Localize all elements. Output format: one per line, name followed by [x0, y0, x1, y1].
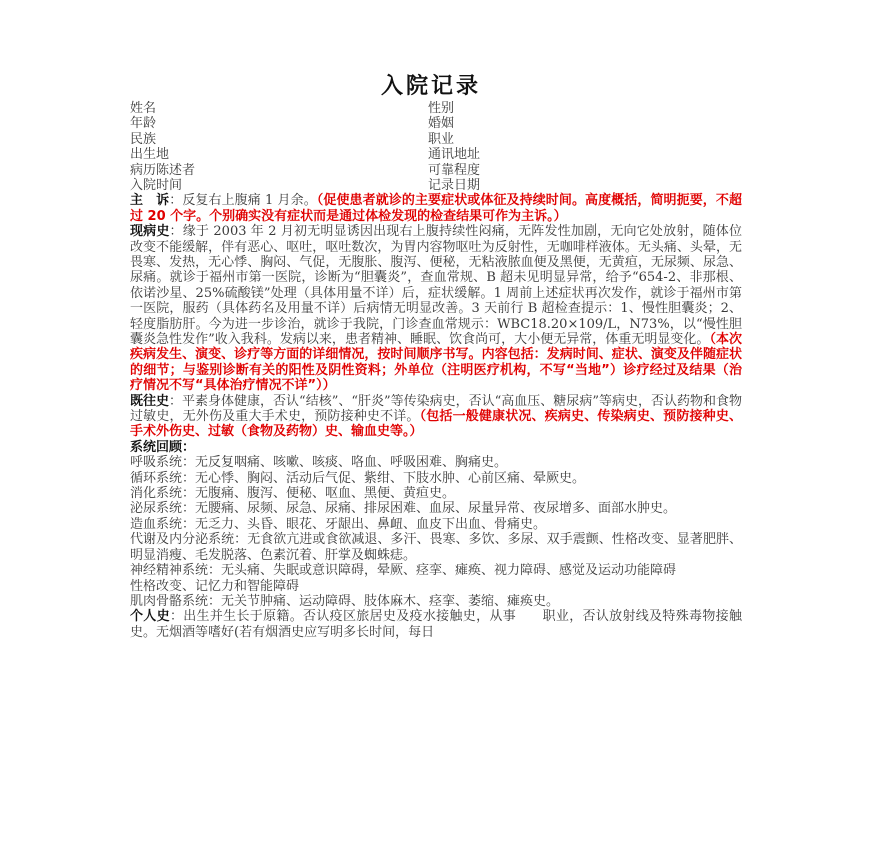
- review-of-systems-section: 系统回顾： 呼吸系统：无反复咽痛、咳嗽、咳痰、咯血、呼吸困难、胸痛史。 循环系统…: [130, 440, 742, 609]
- chief-complaint-sep: ：: [169, 193, 182, 208]
- field-marital-label: 婚姻: [428, 116, 742, 131]
- present-illness-sep: ：: [170, 224, 183, 239]
- present-illness-label: 现病史: [130, 224, 170, 239]
- field-admission-time-label: 入院时间: [130, 178, 428, 193]
- document-title: 入院记录: [130, 72, 742, 100]
- personal-history-sep: ：: [170, 609, 183, 624]
- field-gender-label: 性别: [428, 101, 742, 116]
- ros-circulatory: 循环系统：无心悸、胸闷、活动后气促、紫绀、下肢水肿、心前区痛、晕厥史。: [130, 471, 742, 486]
- past-history-label: 既往史: [130, 394, 169, 409]
- field-record-date-label: 记录日期: [428, 178, 742, 193]
- field-name-label: 姓名: [130, 101, 428, 116]
- present-illness-section: 现病史：缘于 2003 年 2 月初无明显诱因出现右上腹持续性闷痛，无阵发性加剧…: [130, 224, 742, 393]
- past-history-section: 既往史：平素身体健康，否认“结核”、“肝炎”等传染病史，否认“高血压、糖尿病”等…: [130, 394, 742, 440]
- present-illness-text: 缘于 2003 年 2 月初无明显诱因出现右上腹持续性闷痛，无阵发性加剧，无向它…: [130, 224, 742, 347]
- past-history-sep: ：: [169, 394, 182, 409]
- field-occupation-label: 职业: [428, 132, 742, 147]
- field-informant-label: 病历陈述者: [130, 163, 428, 178]
- personal-history-label: 个人史: [130, 609, 170, 624]
- field-reliability-label: 可靠程度: [428, 163, 742, 178]
- chief-complaint-label: 主 诉: [130, 193, 169, 208]
- chief-complaint-text: 反复右上腹痛 1 月余。: [182, 193, 316, 208]
- ros-hematopoietic: 造血系统：无乏力、头昏、眼花、牙龈出、鼻衄、血皮下出血、骨痛史。: [130, 517, 742, 532]
- ros-neuro: 神经精神系统：无头痛、失眠或意识障碍，晕厥、痉挛、瘫痪、视力障碍、感觉及运动功能…: [130, 563, 742, 578]
- ros-neuro-cont: 性格改变、记忆力和智能障碍: [130, 579, 742, 594]
- review-of-systems-heading: 系统回顾：: [130, 440, 742, 455]
- admission-record-page: 入院记录 姓名 性别 年龄 婚姻 民族 职业 出生地 通讯地址 病历陈述者 可靠…: [130, 72, 742, 640]
- field-ethnicity-label: 民族: [130, 132, 428, 147]
- ros-digestive: 消化系统：无腹痛、腹泻、便秘、呕血、黑便、黄疸史。: [130, 486, 742, 501]
- personal-history-text: 出生并生长于原籍。否认疫区旅居史及疫水接触史，从事 职业，否认放射线及特殊毒物接…: [130, 609, 742, 639]
- ros-urinary: 泌尿系统：无腰痛、尿频、尿急、尿痛、排尿困难、血尿、尿量异常、夜尿增多、面部水肿…: [130, 501, 742, 516]
- field-birthplace-label: 出生地: [130, 147, 428, 162]
- chief-complaint-section: 主 诉：反复右上腹痛 1 月余。（促使患者就诊的主要症状或体征及持续时间。高度概…: [130, 193, 742, 224]
- field-age-label: 年龄: [130, 116, 428, 131]
- field-address-label: 通讯地址: [428, 147, 742, 162]
- ros-respiratory: 呼吸系统：无反复咽痛、咳嗽、咳痰、咯血、呼吸困难、胸痛史。: [130, 455, 742, 470]
- personal-history-section: 个人史：出生并生长于原籍。否认疫区旅居史及疫水接触史，从事 职业，否认放射线及特…: [130, 609, 742, 640]
- patient-info-grid: 姓名 性别 年龄 婚姻 民族 职业 出生地 通讯地址 病历陈述者 可靠程度 入院…: [130, 101, 742, 193]
- ros-musculoskeletal: 肌肉骨骼系统：无关节肿痛、运动障碍、肢体麻木、痉挛、萎缩、瘫痪史。: [130, 594, 742, 609]
- ros-endocrine: 代谢及内分泌系统：无食欲亢进或食欲减退、多汗、畏寒、多饮、多尿、双手震颤、性格改…: [130, 532, 742, 563]
